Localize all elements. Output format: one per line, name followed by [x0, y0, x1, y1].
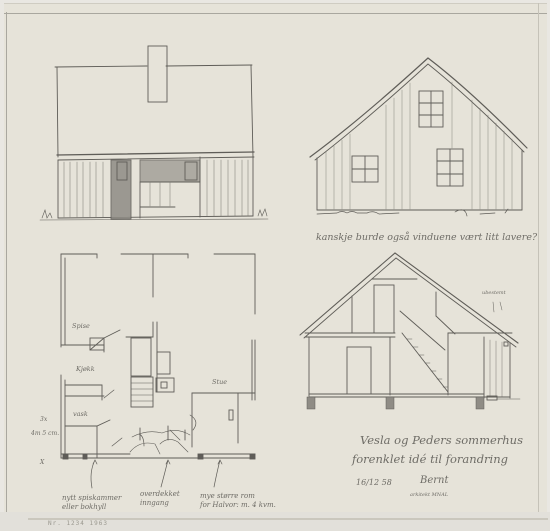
note-pantry: nytt spiskammer eller bokhyll — [62, 494, 121, 512]
section-lower-door — [347, 347, 371, 394]
architect-signature: Bernt — [420, 475, 449, 486]
note-room-line1: mye større rom — [200, 492, 276, 501]
margin-note-3: X — [40, 459, 44, 466]
note-larger-room: mye større rom for Halvor: m. 4 kvm. — [200, 492, 276, 510]
note-entrance-line1: overdekket — [140, 490, 180, 499]
section-upper-door — [374, 285, 394, 333]
note-pantry-line2: eller bokhyll — [62, 503, 121, 512]
note-room-line2: for Halvor: m. 4 kvm. — [200, 501, 276, 510]
note-pantry-line1: nytt spiskammer — [62, 494, 121, 503]
note-covered-entrance: overdekket inngang — [140, 490, 180, 508]
title-line-2: forenklet idé til forandring — [352, 452, 508, 466]
drawing-date: 16/12 58 — [356, 478, 392, 487]
section-annotation: ubestemt — [482, 290, 506, 296]
front-elevation — [40, 46, 268, 220]
title-line-1: Vesla og Peders sommerhus — [360, 433, 523, 447]
room-label-stue: Stue — [212, 378, 227, 386]
architect-title: arkitekt MNAL — [410, 492, 448, 498]
chimney — [148, 46, 167, 102]
room-label-kjokken: Kjøkk — [76, 365, 95, 373]
margin-note-2: 4m 5 cm. — [31, 430, 59, 437]
note-entrance-line2: inngang — [140, 499, 180, 508]
gable-elevation — [310, 58, 527, 216]
room-label-spise: Spise — [72, 322, 90, 330]
gable-caption: kanskje burde også vinduene vært litt la… — [316, 232, 537, 243]
margin-note-1: 3x — [40, 416, 47, 423]
room-label-vask: vask — [73, 410, 88, 418]
section-drawing — [300, 253, 520, 409]
